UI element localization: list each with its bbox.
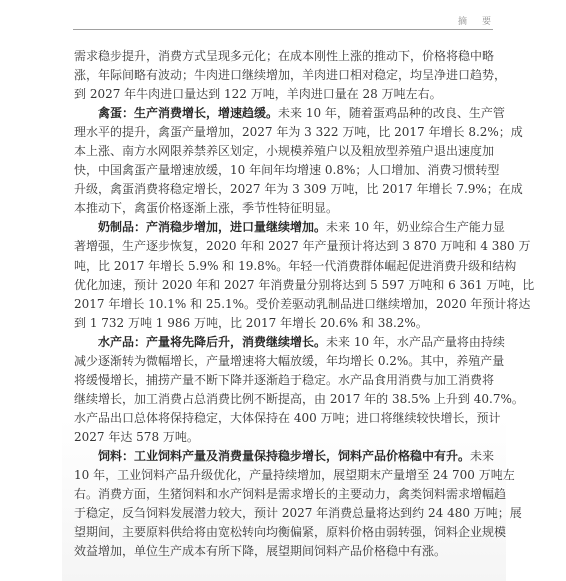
text-line: 水产品出口总体将保持稳定，大体保持在 400 万吨；进口将继续较快增长，预计 — [74, 409, 493, 428]
running-head-char: 要 — [482, 17, 491, 27]
text-run: 未来 — [470, 449, 494, 463]
text-run: 未来 10 年，奶业综合生产能力显 — [326, 220, 505, 234]
text-line: 2027 年达 578 万吨。 — [74, 428, 493, 447]
text-line: 优化加速，预计 2020 年和 2027 年消费量分别将达到 5 597 万吨和… — [74, 276, 493, 295]
text-line: 涨，年际间略有波动；牛肉进口继续增加，羊肉进口相对稳定，均呈净进口趋势， — [74, 66, 493, 85]
text-line: 将缓慢增长，捕捞产量不断下降并逐渐趋于稳定。水产品食用消费与加工消费将 — [74, 371, 493, 390]
text-line: 需求稳步提升，消费方式呈现多元化；在成本刚性上涨的推动下，价格将稳中略 — [74, 47, 493, 66]
text-line: 右。消费方面，生猪饲料和水产饲料是需求增长的主要动力，禽类饲料需求增幅趋 — [74, 485, 493, 504]
text-line: 到 2027 年牛肉进口量达到 122 万吨，羊肉进口量在 28 万吨左右。 — [74, 85, 493, 104]
paragraph-lead: 禽蛋：生产消费增长，增速趋缓。 — [98, 106, 278, 120]
paragraph-livestock-continuation: 需求稳步提升，消费方式呈现多元化；在成本刚性上涨的推动下，价格将稳中略 涨，年际… — [74, 47, 493, 104]
header-rule — [73, 29, 493, 30]
text-line: 水产品：产量将先降后升，消费继续增长。未来 10 年，水产品产量将由持续 — [74, 333, 493, 352]
text-line: 快，中国禽蛋产量增速放缓，10 年间年均增速 0.8%；人口增加、消费习惯转型 — [74, 161, 493, 180]
paragraph-eggs: 禽蛋：生产消费增长，增速趋缓。未来 10 年，随着蛋鸡品种的改良、生产管 理水平… — [74, 104, 493, 218]
paragraph-feed: 饲料：工业饲料产量及消费量保持稳步增长，饲料产品价格稳中有升。未来 10 年，工… — [74, 447, 493, 561]
text-line: 理水平的提升，禽蛋产量增加，2027 年为 3 322 万吨，比 2017 年增… — [74, 123, 493, 142]
text-line: 奶制品：产消稳步增加，进口量继续增加。未来 10 年，奶业综合生产能力显 — [74, 218, 493, 237]
text-line: 效益增加，单位生产成本有所下降，展望期间饲料产品价格稳中有涨。 — [74, 542, 493, 561]
text-line: 著增强，生产逐步恢复，2020 年和 2027 年产量预计将达到 3 870 万… — [74, 237, 493, 256]
text-line: 于稳定，反刍饲料发展潜力较大，预计 2027 年消费总量将达到约 24 480 … — [74, 504, 493, 523]
text-line: 本上涨、南方水网限养禁养区划定，小规模养殖户以及粗放型养殖户退出速度加 — [74, 142, 493, 161]
text-line: 吨，比 2017 年增长 5.9% 和 19.8%。年轻一代消费群体崛起促进消费… — [74, 257, 493, 276]
text-line: 升级，禽蛋消费将稳定增长，2027 年为 3 309 万吨，比 2017 年增长… — [74, 180, 493, 199]
paragraph-lead: 饲料：工业饲料产量及消费量保持稳步增长，饲料产品价格稳中有升。 — [98, 449, 470, 463]
text-line: 减少逐渐转为微幅增长，产量增速将大幅放缓，年均增长 0.2%。其中，养殖产量 — [74, 352, 493, 371]
text-line: 10 年，工业饲料产品升级优化，产量持续增加，展望期末产量增至 24 700 万… — [74, 466, 493, 485]
text-line: 到 1 732 万吨 1 986 万吨，比 2017 年增长 20.6% 和 3… — [74, 314, 493, 333]
body-text: 需求稳步提升，消费方式呈现多元化；在成本刚性上涨的推动下，价格将稳中略 涨，年际… — [74, 47, 493, 561]
paragraph-lead: 水产品：产量将先降后升，消费继续增长。 — [98, 335, 326, 349]
paragraph-aquatic-products: 水产品：产量将先降后升，消费继续增长。未来 10 年，水产品产量将由持续 减少逐… — [74, 333, 493, 447]
running-head-char: 摘 — [458, 17, 467, 27]
text-line: 禽蛋：生产消费增长，增速趋缓。未来 10 年，随着蛋鸡品种的改良、生产管 — [74, 104, 493, 123]
text-line: 望期间，主要原料供给将由宽松转向均衡偏紧，原料价格由弱转强，饲料企业规模 — [74, 523, 493, 542]
text-run: 未来 10 年，水产品产量将由持续 — [326, 335, 505, 349]
text-line: 本推动下，禽蛋价格逐渐上涨，季节性特征明显。 — [74, 199, 493, 218]
text-line: 继续增长，加工消费占总消费比例不断提高，由 2017 年的 38.5% 上升到 … — [74, 390, 493, 409]
text-line: 饲料：工业饲料产量及消费量保持稳步增长，饲料产品价格稳中有升。未来 — [74, 447, 493, 466]
text-run: 未来 10 年，随着蛋鸡品种的改良、生产管 — [278, 106, 505, 120]
paragraph-lead: 奶制品：产消稳步增加，进口量继续增加。 — [98, 220, 326, 234]
text-line: 2017 年增长 10.1% 和 25.1%。受价差驱动乳制品进口继续增加，20… — [74, 295, 493, 314]
paragraph-dairy: 奶制品：产消稳步增加，进口量继续增加。未来 10 年，奶业综合生产能力显 著增强… — [74, 218, 493, 332]
